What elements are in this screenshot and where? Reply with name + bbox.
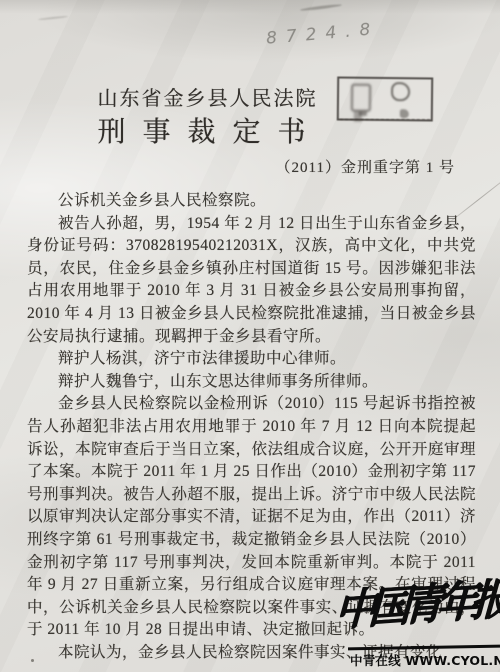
handwritten-number: 8724.8 bbox=[265, 19, 380, 49]
stamp-mark-right bbox=[391, 82, 410, 101]
watermark-tagline: 中青在线 WWW.CYOL.NET bbox=[350, 651, 500, 669]
case-number: （2011）金刑重字第 1 号 bbox=[276, 156, 455, 177]
pencil-smudge-right bbox=[300, 3, 342, 11]
stamp-underline bbox=[340, 119, 430, 120]
scanned-court-document: 8724.8 山东省金乡县人民法院 刑事裁定书 （2011）金刑重字第 1 号 … bbox=[0, 0, 500, 672]
pencil-smudge-left bbox=[38, 15, 68, 20]
paragraph-prosecution-organ: 公诉机关金乡县人民检察院。 bbox=[27, 190, 476, 213]
paragraph-defender-2: 辩护人魏鲁宁，山东文思达律师事务所律师。 bbox=[27, 371, 476, 394]
watermark-underline bbox=[348, 645, 500, 651]
watermark-brand: 中国青年报 bbox=[333, 571, 500, 642]
paragraph-defendant-info: 被告人孙超，男，1954 年 2 月 12 日出生于山东省金乡县，身份证号码：3… bbox=[27, 213, 476, 349]
news-watermark: 中国青年报 中青在线 WWW.CYOL.NET bbox=[328, 577, 500, 672]
stamp-mark-left bbox=[351, 84, 371, 112]
paragraph-defender-1: 辩护人杨淇，济宁市法律援助中心律师。 bbox=[27, 348, 476, 371]
faded-stamp bbox=[337, 76, 433, 121]
